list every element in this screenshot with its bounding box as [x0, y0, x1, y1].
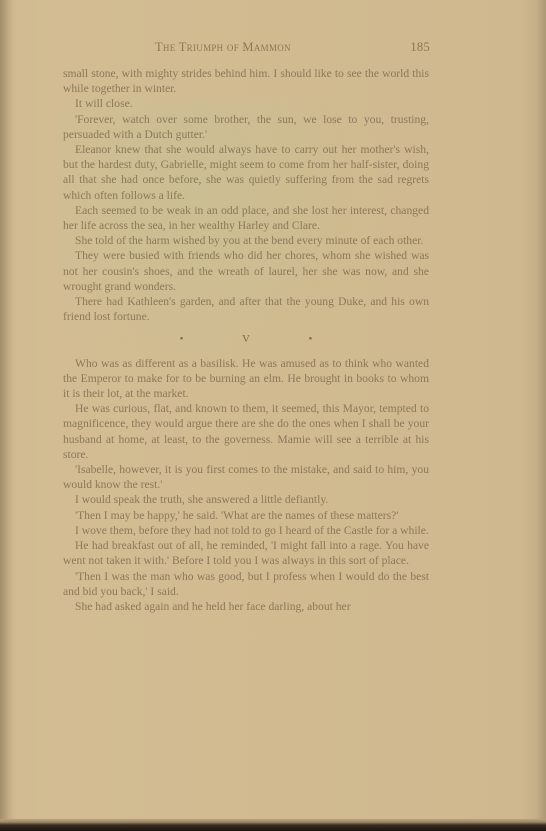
paragraph: Eleanor knew that she would always have … [63, 142, 429, 203]
paragraph: 'Then I may be happy,' he said. 'What ar… [63, 508, 429, 523]
running-head: The Triumph of Mammon 185 [60, 40, 430, 58]
running-head-title: The Triumph of Mammon [155, 40, 291, 55]
page-right-edge [536, 0, 546, 831]
paragraph: She had asked again and he held her face… [63, 599, 429, 614]
paragraph: 'Isabelle, however, it is you first come… [63, 462, 429, 492]
paragraph: It will close. [63, 96, 429, 111]
book-page: The Triumph of Mammon 185 small stone, w… [0, 0, 546, 831]
paragraph: 'Then I was the man who was good, but I … [63, 569, 429, 599]
paragraph: I would speak the truth, she answered a … [63, 492, 429, 507]
paragraph: He had breakfast out of all, he reminded… [63, 538, 429, 568]
paragraph: 'Forever, watch over some brother, the s… [63, 112, 429, 142]
paragraph: There had Kathleen's garden, and after t… [63, 294, 429, 324]
paragraph: He was curious, flat, and known to them,… [63, 401, 429, 462]
paragraph: Each seemed to be weak in an odd place, … [63, 203, 429, 233]
paragraph: She told of the harm wished by you at th… [63, 233, 429, 248]
page-bottom-edge [0, 819, 546, 831]
gutter-shadow [0, 0, 14, 831]
paragraph: I wove them, before they had not told to… [63, 523, 429, 538]
paragraph: Who was as different as a basilisk. He w… [63, 356, 429, 402]
page-number: 185 [410, 40, 430, 55]
paragraph: They were busied with friends who did he… [63, 248, 429, 294]
paragraph: small stone, with mighty strides behind … [63, 66, 429, 96]
section-break: • V • [63, 332, 429, 347]
body-text: small stone, with mighty strides behind … [63, 66, 429, 614]
